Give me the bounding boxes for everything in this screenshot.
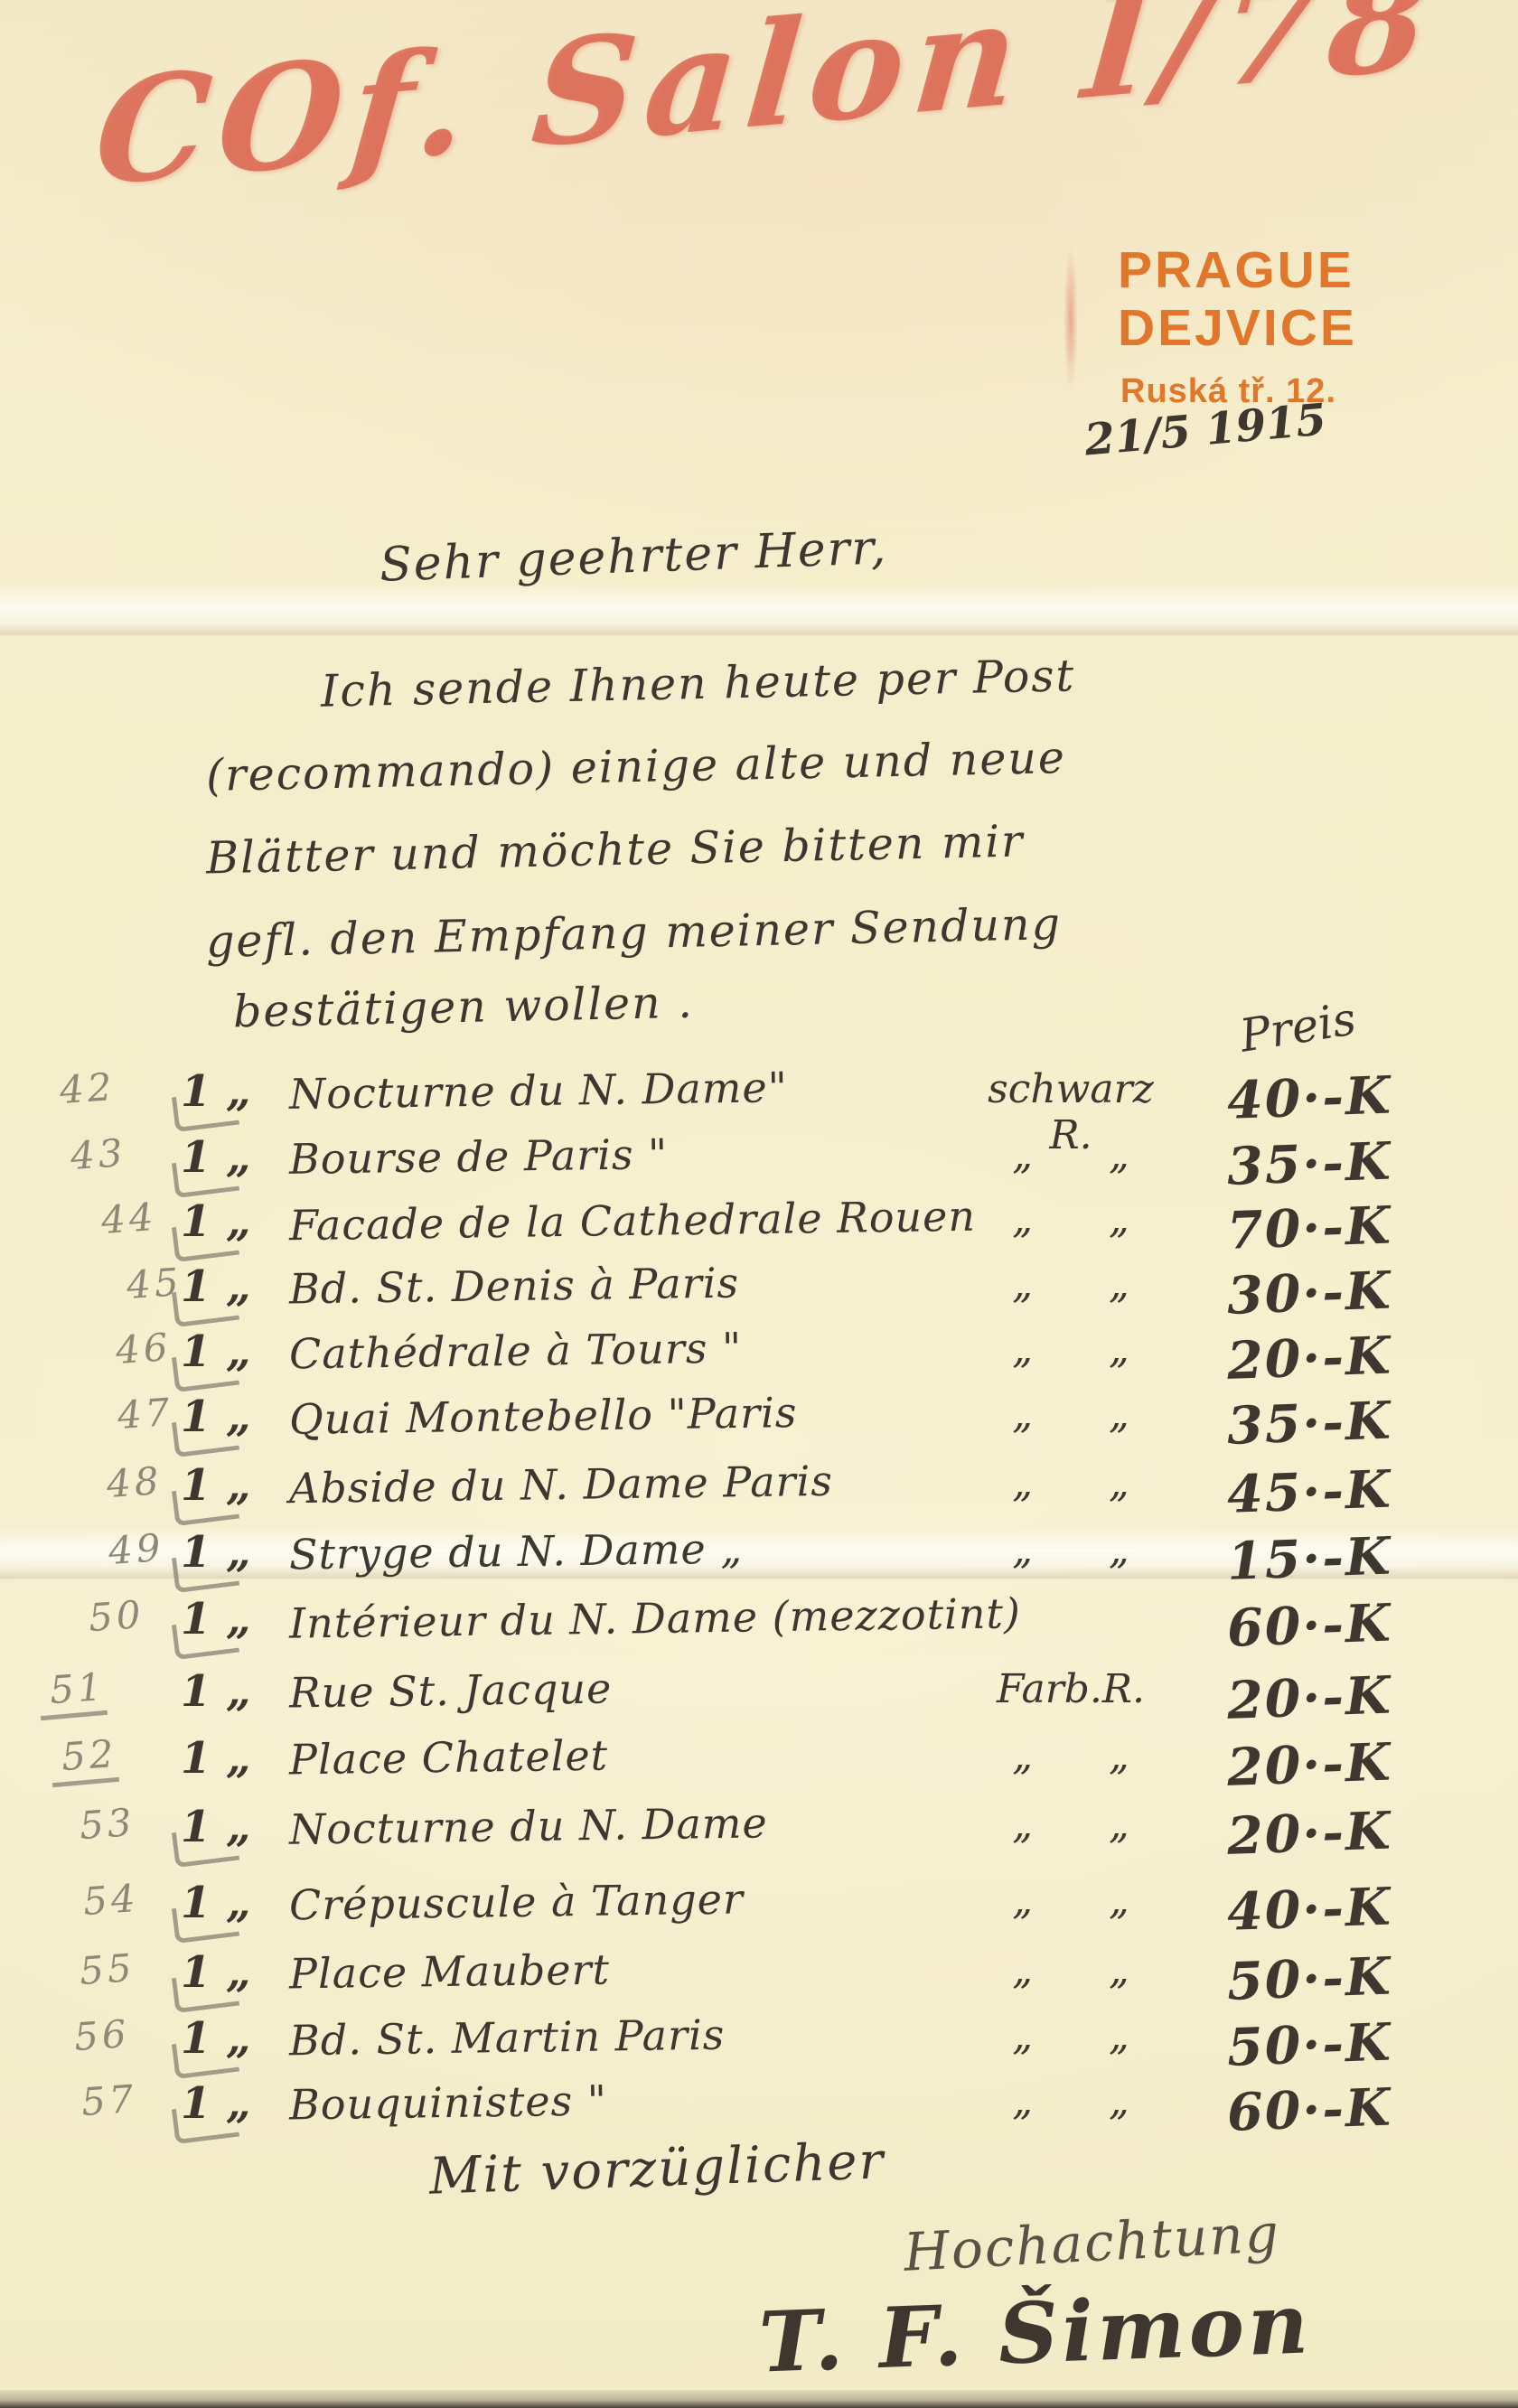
table-row: 53 1 „ Nocturne du N. Dame „ „ 20·-K xyxy=(0,1802,1518,1867)
table-row: 46 1 „ Cathédrale à Tours " „ „ 20·-K xyxy=(0,1326,1518,1391)
table-row: 52 1 „ Place Chatelet „ „ 20·-K xyxy=(0,1733,1518,1798)
pencil-check-icon xyxy=(172,1551,239,1593)
item-technique: „ „ xyxy=(931,1196,1211,1242)
item-price: 30·-K xyxy=(1226,1257,1481,1326)
item-number: 54 xyxy=(81,1876,140,1924)
item-title: Crépuscule à Tanger xyxy=(289,1874,745,1929)
item-number: 43 xyxy=(69,1130,127,1178)
item-title: Cathédrale à Tours " xyxy=(289,1324,743,1379)
item-price: 70·-K xyxy=(1226,1192,1481,1261)
letterhead-city-line2: DEJVICE xyxy=(1118,298,1357,358)
item-quantity: 1 „ xyxy=(181,1666,251,1717)
item-technique: „ „ xyxy=(931,2013,1211,2059)
item-title: Nocturne du N. Dame" xyxy=(289,1063,789,1119)
item-title: Quai Montebello "Paris xyxy=(289,1388,798,1444)
item-price: 20·-K xyxy=(1226,1797,1481,1867)
body-line: Ich sende Ihnen heute per Post xyxy=(320,650,1075,717)
table-row: 44 1 „ Facade de la Cathedrale Rouen „ „… xyxy=(0,1196,1518,1261)
pencil-check-icon xyxy=(172,1901,239,1944)
item-number: 55 xyxy=(78,1945,136,1993)
item-number: 53 xyxy=(78,1800,136,1848)
item-title: Facade de la Cathedrale Rouen xyxy=(289,1192,977,1251)
item-price: 20·-K xyxy=(1226,1662,1481,1731)
item-price: 15·-K xyxy=(1226,1523,1481,1592)
pencil-check-icon xyxy=(172,1971,239,2013)
item-quantity: 1 „ xyxy=(181,1733,251,1784)
item-technique: „ „ xyxy=(931,1391,1211,1438)
item-number: 52 xyxy=(60,1731,118,1779)
red-crayon-annotation: COf. Salon I/78 xyxy=(89,0,1445,219)
item-price: 60·-K xyxy=(1226,1589,1481,1659)
item-number: 49 xyxy=(107,1525,165,1573)
item-price: 50·-K xyxy=(1226,2009,1481,2078)
table-row: 42 1 „ Nocturne du N. Dame" schwarz R. 4… xyxy=(0,1066,1518,1131)
body-line: gefl. den Empfang meiner Sendung xyxy=(206,898,1063,968)
body-line: (recommando) einige alte und neue xyxy=(206,732,1067,801)
item-technique: „ „ xyxy=(931,1878,1211,1924)
item-price: 60·-K xyxy=(1226,2074,1481,2143)
item-title: Rue St. Jacque xyxy=(289,1664,613,1718)
item-price: 45·-K xyxy=(1226,1456,1481,1525)
table-row: 50 1 „ Intérieur du N. Dame (mezzotint) … xyxy=(0,1594,1518,1659)
pencil-check-icon xyxy=(172,1617,239,1660)
item-technique: „ „ xyxy=(931,1947,1211,1993)
pencil-check-icon xyxy=(172,1415,239,1457)
pencil-check-icon xyxy=(172,1350,239,1392)
item-price: 20·-K xyxy=(1226,1729,1481,1798)
item-title: Bd. St. Martin Paris xyxy=(289,2010,726,2066)
table-row: 54 1 „ Crépuscule à Tanger „ „ 40·-K xyxy=(0,1878,1518,1943)
pencil-check-icon xyxy=(172,1484,239,1526)
item-title: Bourse de Paris " xyxy=(289,1129,669,1184)
item-number: 42 xyxy=(58,1064,117,1112)
item-technique: „ „ xyxy=(931,1733,1211,1779)
item-technique: „ „ xyxy=(931,1326,1211,1373)
item-number: 48 xyxy=(105,1458,164,1506)
price-column-header: Preis xyxy=(1236,992,1359,1062)
item-number: 47 xyxy=(116,1390,174,1438)
item-number: 44 xyxy=(99,1195,158,1242)
handwritten-date: 21/5 1915 xyxy=(1082,394,1328,465)
item-number: 46 xyxy=(114,1325,173,1373)
table-row: 43 1 „ Bourse de Paris " „ „ 35·-K xyxy=(0,1132,1518,1197)
item-title: Place Chatelet xyxy=(289,1731,609,1785)
pencil-check-icon xyxy=(172,1285,239,1327)
item-number: 57 xyxy=(80,2076,138,2124)
table-row: 47 1 „ Quai Montebello "Paris „ „ 35·-K xyxy=(0,1391,1518,1457)
pencil-check-icon xyxy=(172,1825,239,1868)
pencil-check-icon xyxy=(172,2037,239,2079)
table-row: 55 1 „ Place Maubert „ „ 50·-K xyxy=(0,1947,1518,2012)
letterhead-city-line1: PRAGUE xyxy=(1118,240,1354,300)
pencil-check-icon xyxy=(172,2102,239,2144)
item-number: 50 xyxy=(87,1592,145,1640)
red-crayon-smudge xyxy=(1061,224,1081,414)
table-row: 56 1 „ Bd. St. Martin Paris „ „ 50·-K xyxy=(0,2013,1518,2078)
closing-line-2: Hochachtung xyxy=(903,2202,1282,2283)
item-number: 56 xyxy=(72,2011,131,2059)
item-title: Abside du N. Dame Paris xyxy=(289,1457,834,1513)
item-number: 51 xyxy=(48,1664,107,1712)
item-technique: „ „ xyxy=(931,1460,1211,1506)
item-price: 50·-K xyxy=(1226,1943,1481,2012)
table-row: 49 1 „ Stryge du N. Dame „ „ „ 15·-K xyxy=(0,1527,1518,1592)
item-technique: Farb.R. xyxy=(931,1666,1211,1712)
item-title: Nocturne du N. Dame xyxy=(289,1798,768,1853)
item-title: Place Maubert xyxy=(289,1945,611,1999)
item-technique: „ „ xyxy=(931,1132,1211,1178)
item-title: Intérieur du N. Dame (mezzotint) xyxy=(289,1588,1022,1647)
table-row: 51 1 „ Rue St. Jacque Farb.R. 20·-K xyxy=(0,1666,1518,1731)
table-row: 45 1 „ Bd. St. Denis à Paris „ „ 30·-K xyxy=(0,1261,1518,1326)
item-technique: „ „ xyxy=(931,1802,1211,1848)
salutation: Sehr geehrter Herr, xyxy=(379,520,888,593)
scan-bottom-edge xyxy=(0,2390,1518,2408)
table-row: 57 1 „ Bouquinistes " „ „ 60·-K xyxy=(0,2078,1518,2143)
signature: T. F. Šimon xyxy=(757,2274,1313,2391)
item-technique: „ „ xyxy=(931,1527,1211,1573)
letter-page: COf. Salon I/78 PRAGUE DEJVICE Ruská tř.… xyxy=(0,0,1518,2408)
item-title: Bd. St. Denis à Paris xyxy=(289,1259,740,1314)
item-title: Stryge du N. Dame „ xyxy=(289,1523,744,1579)
table-row: 48 1 „ Abside du N. Dame Paris „ „ 45·-K xyxy=(0,1460,1518,1525)
body-line: Blätter und möchte Sie bitten mir xyxy=(206,816,1025,885)
item-title: Bouquinistes " xyxy=(289,2076,608,2130)
pencil-check-icon xyxy=(172,1220,239,1262)
pencil-check-icon xyxy=(172,1156,239,1198)
pencil-check-icon xyxy=(172,1090,239,1132)
item-price: 40·-K xyxy=(1226,1062,1481,1131)
item-technique: „ „ xyxy=(931,1261,1211,1307)
body-line: bestätigen wollen . xyxy=(232,977,694,1038)
item-price: 35·-K xyxy=(1226,1128,1481,1197)
item-price: 35·-K xyxy=(1226,1387,1481,1457)
item-technique: „ „ xyxy=(931,2078,1211,2124)
item-price: 40·-K xyxy=(1226,1873,1481,1943)
paper-fold-line-top xyxy=(0,584,1518,636)
item-price: 20·-K xyxy=(1226,1322,1481,1391)
